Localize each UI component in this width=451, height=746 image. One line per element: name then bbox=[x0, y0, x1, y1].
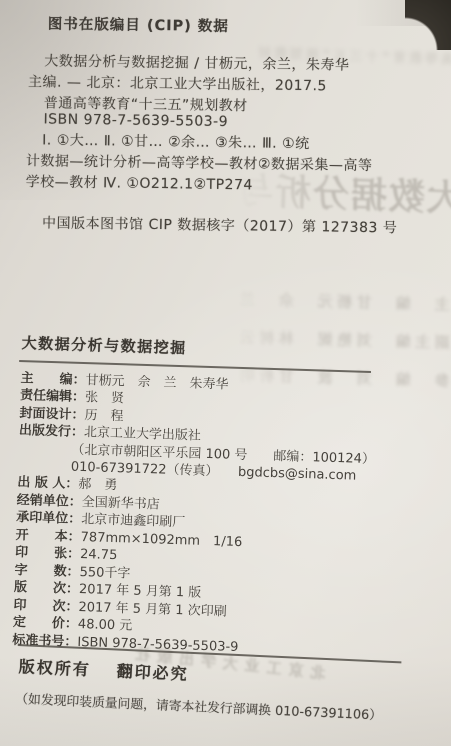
colophon-row-publisher-person: 出 版 人：郝 勇 bbox=[17, 476, 117, 492]
cip-header: 图书在版编目 (CIP) 数据 bbox=[48, 12, 229, 36]
colophon-row-cover-design: 封面设计：历 程 bbox=[19, 407, 123, 423]
colophon-value: 全国新华书店 bbox=[82, 495, 160, 512]
colophon-block: 大数据分析与数据挖掘 主 编：甘枥元 佘 兰 朱寿华 责任编辑：张 贤 封面设计… bbox=[0, 325, 451, 339]
quality-note: （如发现印装质量问题，请寄本社发行部调换 010-67391106） bbox=[15, 688, 382, 724]
colophon-value: 48.00 元 bbox=[78, 617, 133, 634]
rights-reserved-text: 版权所有 bbox=[18, 657, 91, 679]
colophon-label: 版 次： bbox=[14, 580, 79, 597]
colophon-label: 印 张： bbox=[15, 545, 80, 562]
colophon-row-standard-isbn: 标准书号：ISBN 978-7-5639-5503-9 bbox=[12, 634, 238, 654]
colophon-row-publisher: 出版发行：北京工业大学出版社 bbox=[19, 424, 201, 443]
cip-record-number: 中国版本图书馆 CIP 数据核字（2017）第 127383 号 bbox=[42, 212, 397, 237]
colophon-value: 张 贤 bbox=[85, 390, 124, 406]
colophon-row-distributor: 经销单位：全国新华书店 bbox=[17, 494, 160, 511]
colophon-value: 北京工业大学出版社 bbox=[84, 425, 201, 444]
cip-line-classification-1: Ⅰ. ①大… Ⅱ. ①甘… ②余… ③朱… Ⅲ. ①统 bbox=[42, 129, 310, 153]
cip-line-title-authors: 大数据分析与数据挖掘 / 甘枥元，余兰，朱寿华 bbox=[44, 50, 349, 74]
colophon-label: 出 版 人： bbox=[17, 475, 79, 492]
colophon-value: 550千字 bbox=[79, 565, 130, 582]
bleedthrough-mid-line: 主 编 甘枥元 佘 兰 朱寿华 bbox=[215, 286, 449, 315]
bleedthrough-mid-line: 副主编 刘艳妮 林树云 陈丽婷 bbox=[215, 324, 449, 353]
colophon-label: 责任编辑： bbox=[20, 388, 85, 405]
colophon-label: 字 数： bbox=[14, 563, 79, 580]
page-corner-dark-background bbox=[405, 0, 451, 50]
book-title: 大数据分析与数据挖掘 bbox=[21, 332, 187, 358]
colophon-row-price: 定 价：48.00 元 bbox=[13, 616, 133, 633]
colophon-value: 郝 勇 bbox=[78, 477, 117, 493]
rights-gap bbox=[90, 675, 116, 676]
colophon-label: 出版发行： bbox=[19, 423, 84, 440]
colophon-label: 经销单位： bbox=[17, 493, 82, 510]
colophon-label: 主 编： bbox=[20, 371, 85, 388]
colophon-value: 甘枥元 佘 兰 朱寿华 bbox=[85, 373, 228, 392]
colophon-label: 定 价： bbox=[13, 615, 78, 632]
colophon-value: 北京市迪鑫印刷厂 bbox=[81, 512, 185, 530]
rights-statement: 版权所有翻印必究 bbox=[18, 654, 189, 685]
book-copyright-page-photo: 普通高等教育“十三五”规划教材 大数据分析与数据挖掘 主 编 甘枥元 佘 兰 朱… bbox=[0, 0, 451, 746]
colophon-value: 历 程 bbox=[84, 408, 123, 424]
no-reprint-text: 翻印必究 bbox=[116, 662, 189, 684]
bleedthrough-middle-block: 主 编 甘枥元 佘 兰 朱寿华 副主编 刘艳妮 林树云 陈丽婷 参 编 刘 波 … bbox=[215, 282, 451, 402]
cip-line-publisher: 主编. — 北京：北京工业大学出版社，2017.5 bbox=[28, 71, 327, 95]
colophon-label: 封面设计： bbox=[19, 406, 84, 423]
colophon-label: 开 本： bbox=[15, 528, 80, 545]
colophon-value: 24.75 bbox=[80, 547, 118, 563]
cip-line-isbn: ISBN 978-7-5639-5503-9 bbox=[43, 111, 228, 130]
colophon-row-word-count: 字 数：550千字 bbox=[14, 564, 130, 581]
colophon-row-edition: 版 次：2017 年 5 月第 1 版 bbox=[14, 581, 202, 600]
colophon-row-sheets: 印 张：24.75 bbox=[15, 546, 118, 562]
colophon-label: 印 次： bbox=[13, 598, 78, 615]
cip-line-classification-3: 学校—教材 Ⅳ. ①O212.1②TP274 bbox=[26, 171, 253, 194]
divider-rule-top bbox=[19, 360, 371, 373]
colophon-row-responsible-editor: 责任编辑：张 贤 bbox=[20, 389, 124, 405]
colophon-label: 承印单位： bbox=[16, 510, 81, 527]
colophon-value: 2017 年 5 月第 1 版 bbox=[79, 582, 202, 601]
colophon-row-printer: 承印单位：北京市迪鑫印刷厂 bbox=[16, 511, 185, 529]
